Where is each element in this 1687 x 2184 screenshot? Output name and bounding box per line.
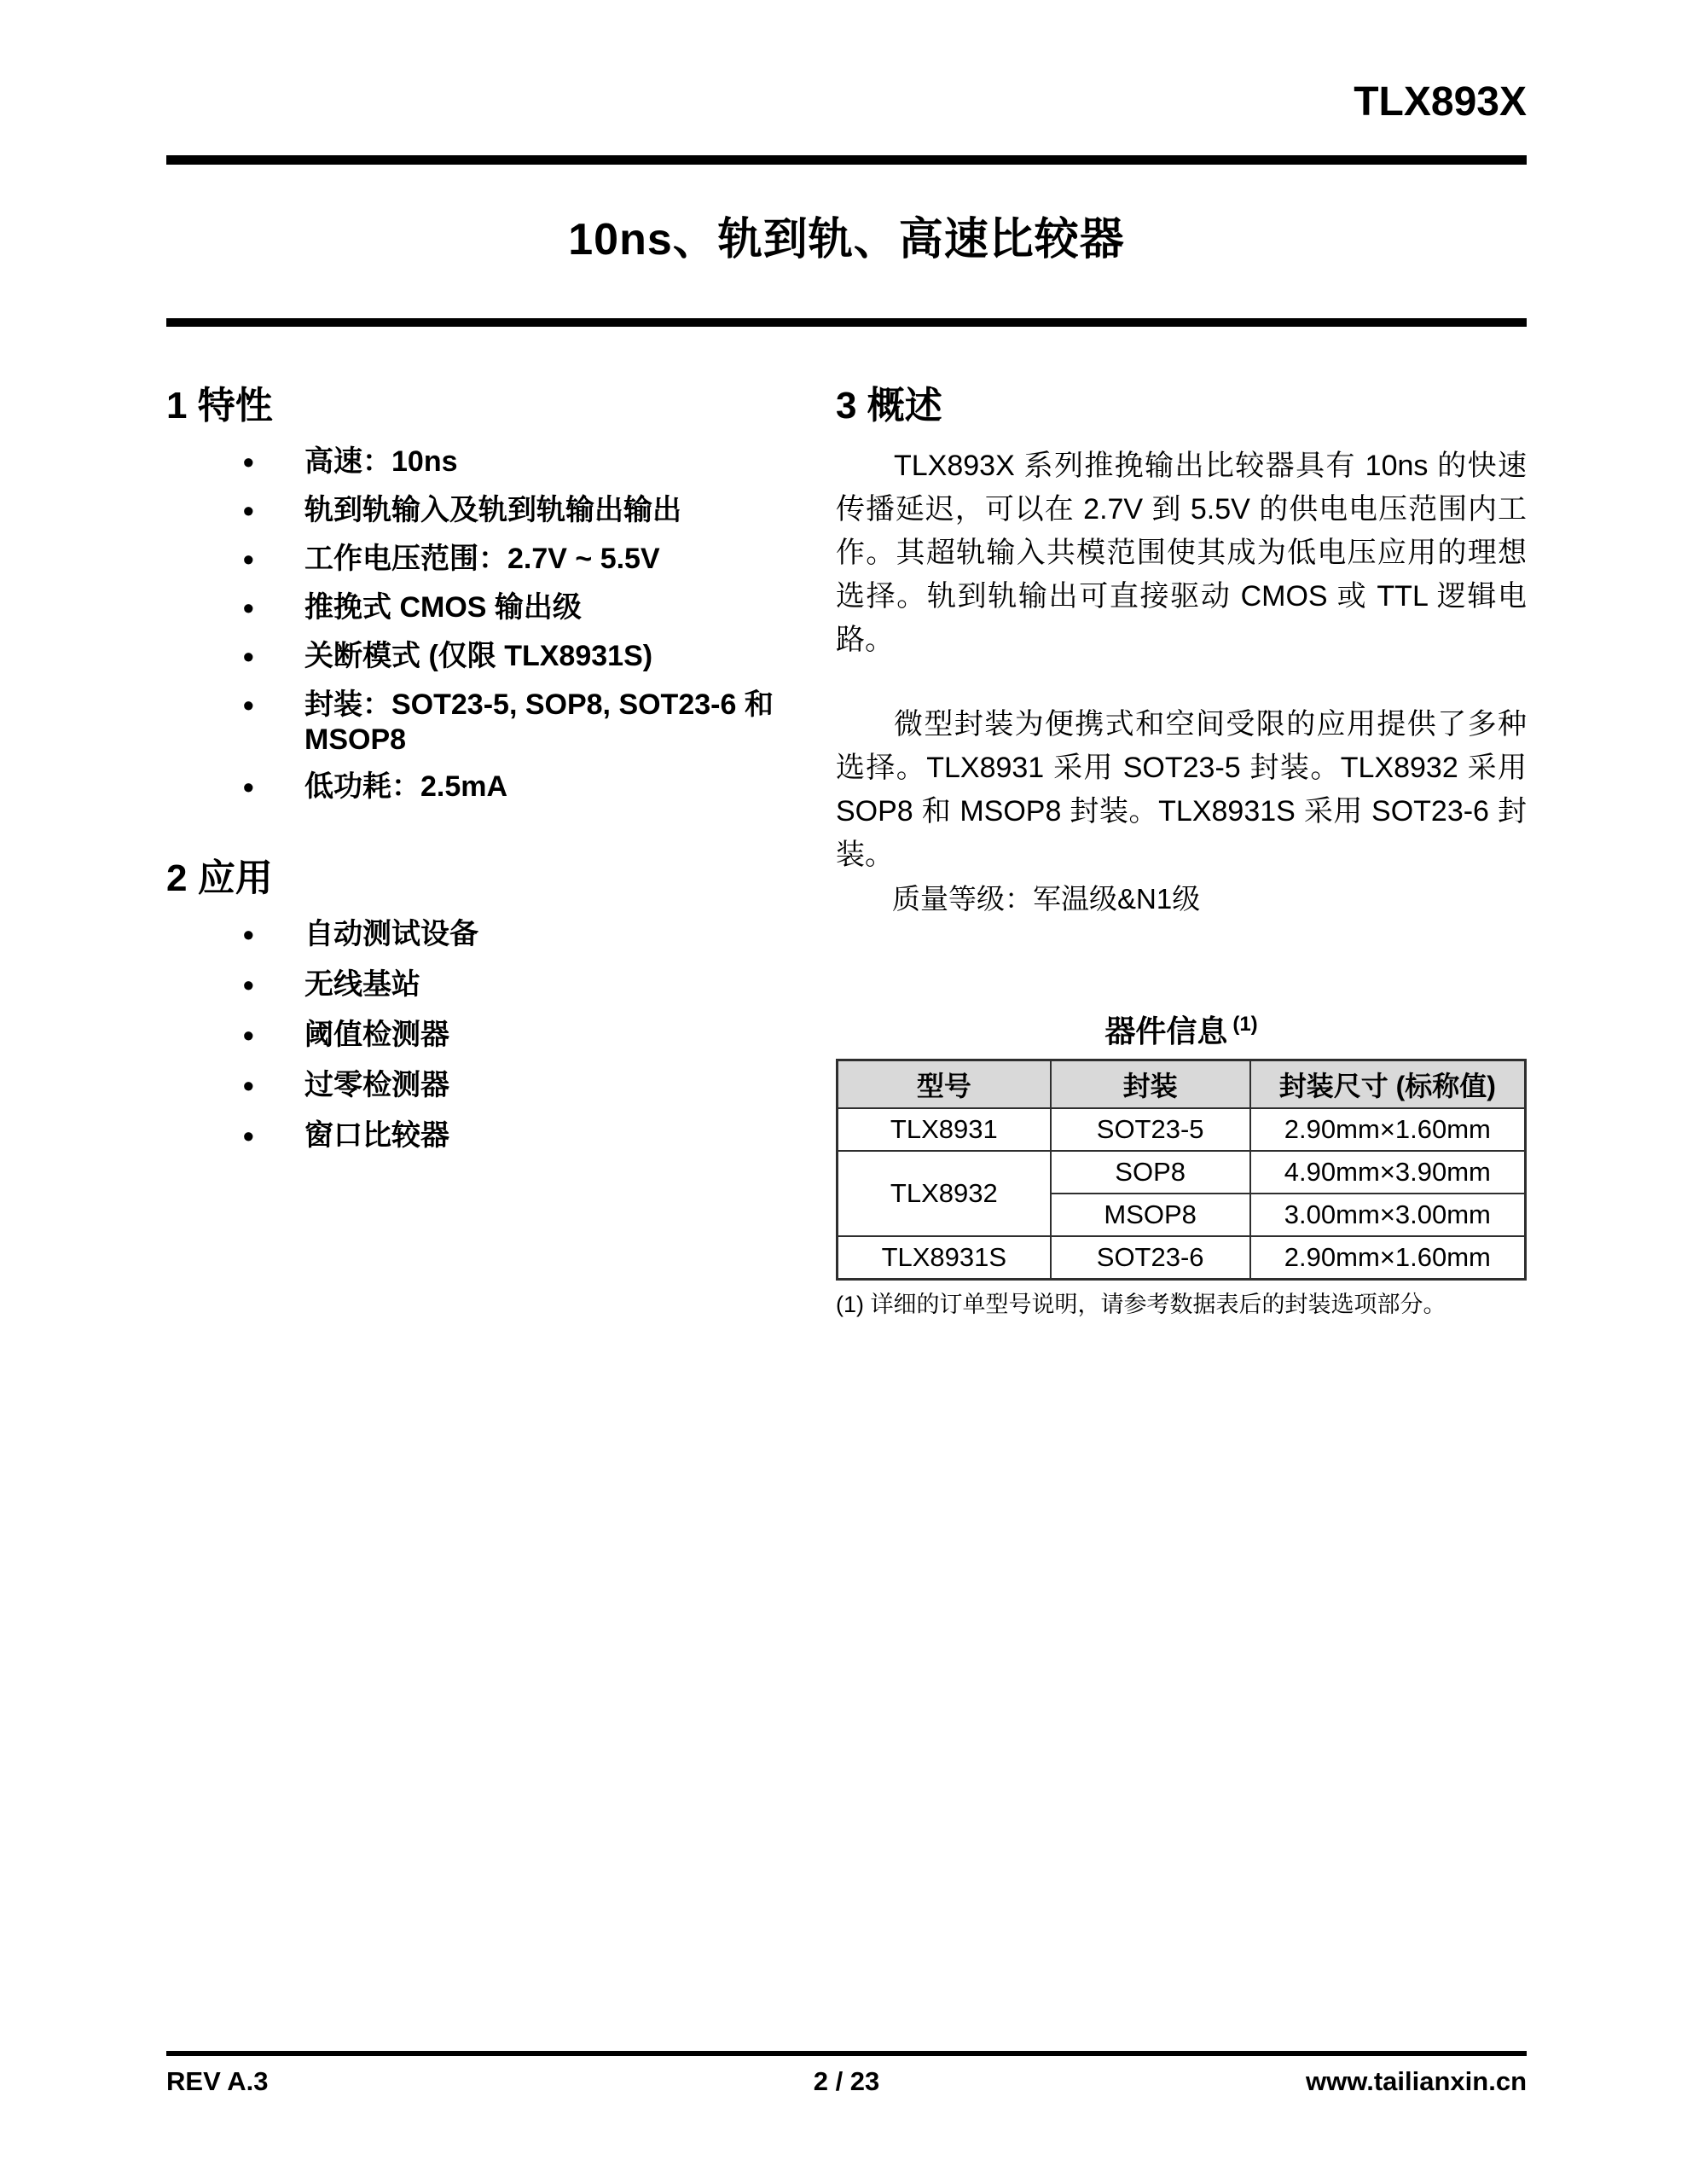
top-rule [166,155,1527,165]
feature-label: 高速：10ns [304,444,458,479]
application-label: 窗口比较器 [304,1118,449,1153]
application-label: 阈值检测器 [304,1018,449,1053]
table-footnote: (1) 详细的订单型号说明，请参考数据表后的封装选项部分。 [836,1289,1527,1320]
list-item: 窗口比较器 [243,1118,810,1155]
footer-rule [166,2051,1527,2056]
cell-size: 4.90mm×3.90mm [1250,1151,1526,1194]
cell-package: SOT23-6 [1051,1236,1250,1280]
table-row: TLX8931S SOT23-6 2.90mm×1.60mm [838,1236,1526,1280]
list-item: 高速：10ns [243,444,810,481]
cell-size: 2.90mm×1.60mm [1250,1108,1526,1151]
cell-model: TLX8931 [838,1108,1051,1151]
features-list: 高速：10ns 轨到轨输入及轨到轨输出输出 工作电压范围：2.7V ~ 5.5V… [166,444,810,806]
left-column: 1 特性 高速：10ns 轨到轨输入及轨到轨输出输出 工作电压范围：2.7V ~… [166,383,810,1320]
list-item: 阈值检测器 [243,1018,810,1054]
application-label: 无线基站 [304,967,420,1002]
list-item: 自动测试设备 [243,917,810,954]
cell-package: SOP8 [1051,1151,1250,1194]
content-columns: 1 特性 高速：10ns 轨到轨输入及轨到轨输出输出 工作电压范围：2.7V ~… [166,383,1527,1320]
list-item: 过零检测器 [243,1068,810,1105]
feature-label: 工作电压范围：2.7V ~ 5.5V [304,542,660,577]
bullet-icon [243,493,304,530]
page-footer: REV A.3 2 / 23 www.tailianxin.cn [166,2051,1527,2099]
cell-size: 2.90mm×1.60mm [1250,1236,1526,1280]
list-item: 工作电压范围：2.7V ~ 5.5V [243,542,810,578]
table-header-package: 封装 [1051,1060,1250,1109]
footer-revision: REV A.3 [166,2065,620,2099]
applications-list: 自动测试设备 无线基站 阈值检测器 过零检测器 窗口比较器 [166,917,810,1155]
list-item: 封装：SOT23-5, SOP8, SOT23-6 和 MSOP8 [243,688,810,758]
cell-size: 3.00mm×3.00mm [1250,1194,1526,1236]
right-column: 3 概述 TLX893X 系列推挽输出比较器具有 10ns 的快速传播延迟，可以… [836,383,1527,1320]
overview-paragraph-2: 微型封装为便携式和空间受限的应用提供了多种选择。TLX8931 采用 SOT23… [836,703,1527,877]
table-header-row: 型号 封装 封装尺寸 (标称值) [838,1060,1526,1109]
list-item: 低功耗：2.5mA [243,770,810,806]
table-header-size: 封装尺寸 (标称值) [1250,1060,1526,1109]
doc-code: TLX893X [166,78,1527,126]
feature-label: 低功耗：2.5mA [304,770,507,804]
bullet-icon [243,444,304,481]
bullet-icon [243,1068,304,1105]
device-info-section: 器件信息(1) 型号 封装 封装尺寸 (标称值) TLX8931 [836,1006,1527,1320]
page-title: 10ns、轨到轨、高速比较器 [166,212,1527,267]
feature-label: 轨到轨输入及轨到轨输出输出 [304,493,681,528]
footer-page-number: 2 / 23 [620,2065,1074,2099]
bullet-icon [243,542,304,578]
cell-model: TLX8932 [838,1151,1051,1236]
device-info-title: 器件信息(1) [836,1006,1527,1050]
application-label: 自动测试设备 [304,917,478,952]
cell-model: TLX8931S [838,1236,1051,1280]
footer-row: REV A.3 2 / 23 www.tailianxin.cn [166,2065,1527,2099]
bullet-icon [243,688,304,724]
table-row: TLX8932 SOP8 4.90mm×3.90mm [838,1151,1526,1194]
device-info-table: 型号 封装 封装尺寸 (标称值) TLX8931 SOT23-5 2.90mm×… [836,1059,1527,1281]
bullet-icon [243,639,304,676]
bullet-icon [243,770,304,806]
features-heading: 1 特性 [166,383,810,429]
list-item: 推挽式 CMOS 输出级 [243,590,810,627]
overview-paragraph-1: TLX893X 系列推挽输出比较器具有 10ns 的快速传播延迟，可以在 2.7… [836,444,1527,662]
device-info-title-superscript: (1) [1232,1013,1257,1036]
feature-label: 推挽式 CMOS 输出级 [304,590,582,625]
cell-package: MSOP8 [1051,1194,1250,1236]
applications-heading: 2 应用 [166,856,810,902]
feature-label: 关断模式 (仅限 TLX8931S) [304,639,652,674]
application-label: 过零检测器 [304,1068,449,1103]
cell-package: SOT23-5 [1051,1108,1250,1151]
table-row: TLX8931 SOT23-5 2.90mm×1.60mm [838,1108,1526,1151]
datasheet-page: TLX893X 10ns、轨到轨、高速比较器 1 特性 高速：10ns 轨到轨输… [0,0,1687,2184]
list-item: 无线基站 [243,967,810,1004]
bullet-icon [243,1118,304,1155]
feature-label: 封装：SOT23-5, SOP8, SOT23-6 和 MSOP8 [304,688,810,758]
quality-grade-line: 质量等级：军温级&N1级 [836,877,1527,921]
table-header-model: 型号 [838,1060,1051,1109]
overview-heading: 3 概述 [836,383,1527,429]
bullet-icon [243,590,304,627]
bullet-icon [243,967,304,1004]
bullet-icon [243,917,304,954]
device-info-title-text: 器件信息 [1104,1014,1227,1048]
bullet-icon [243,1018,304,1054]
footer-website: www.tailianxin.cn [1073,2065,1527,2099]
title-bottom-rule [166,318,1527,327]
list-item: 轨到轨输入及轨到轨输出输出 [243,493,810,530]
list-item: 关断模式 (仅限 TLX8931S) [243,639,810,676]
